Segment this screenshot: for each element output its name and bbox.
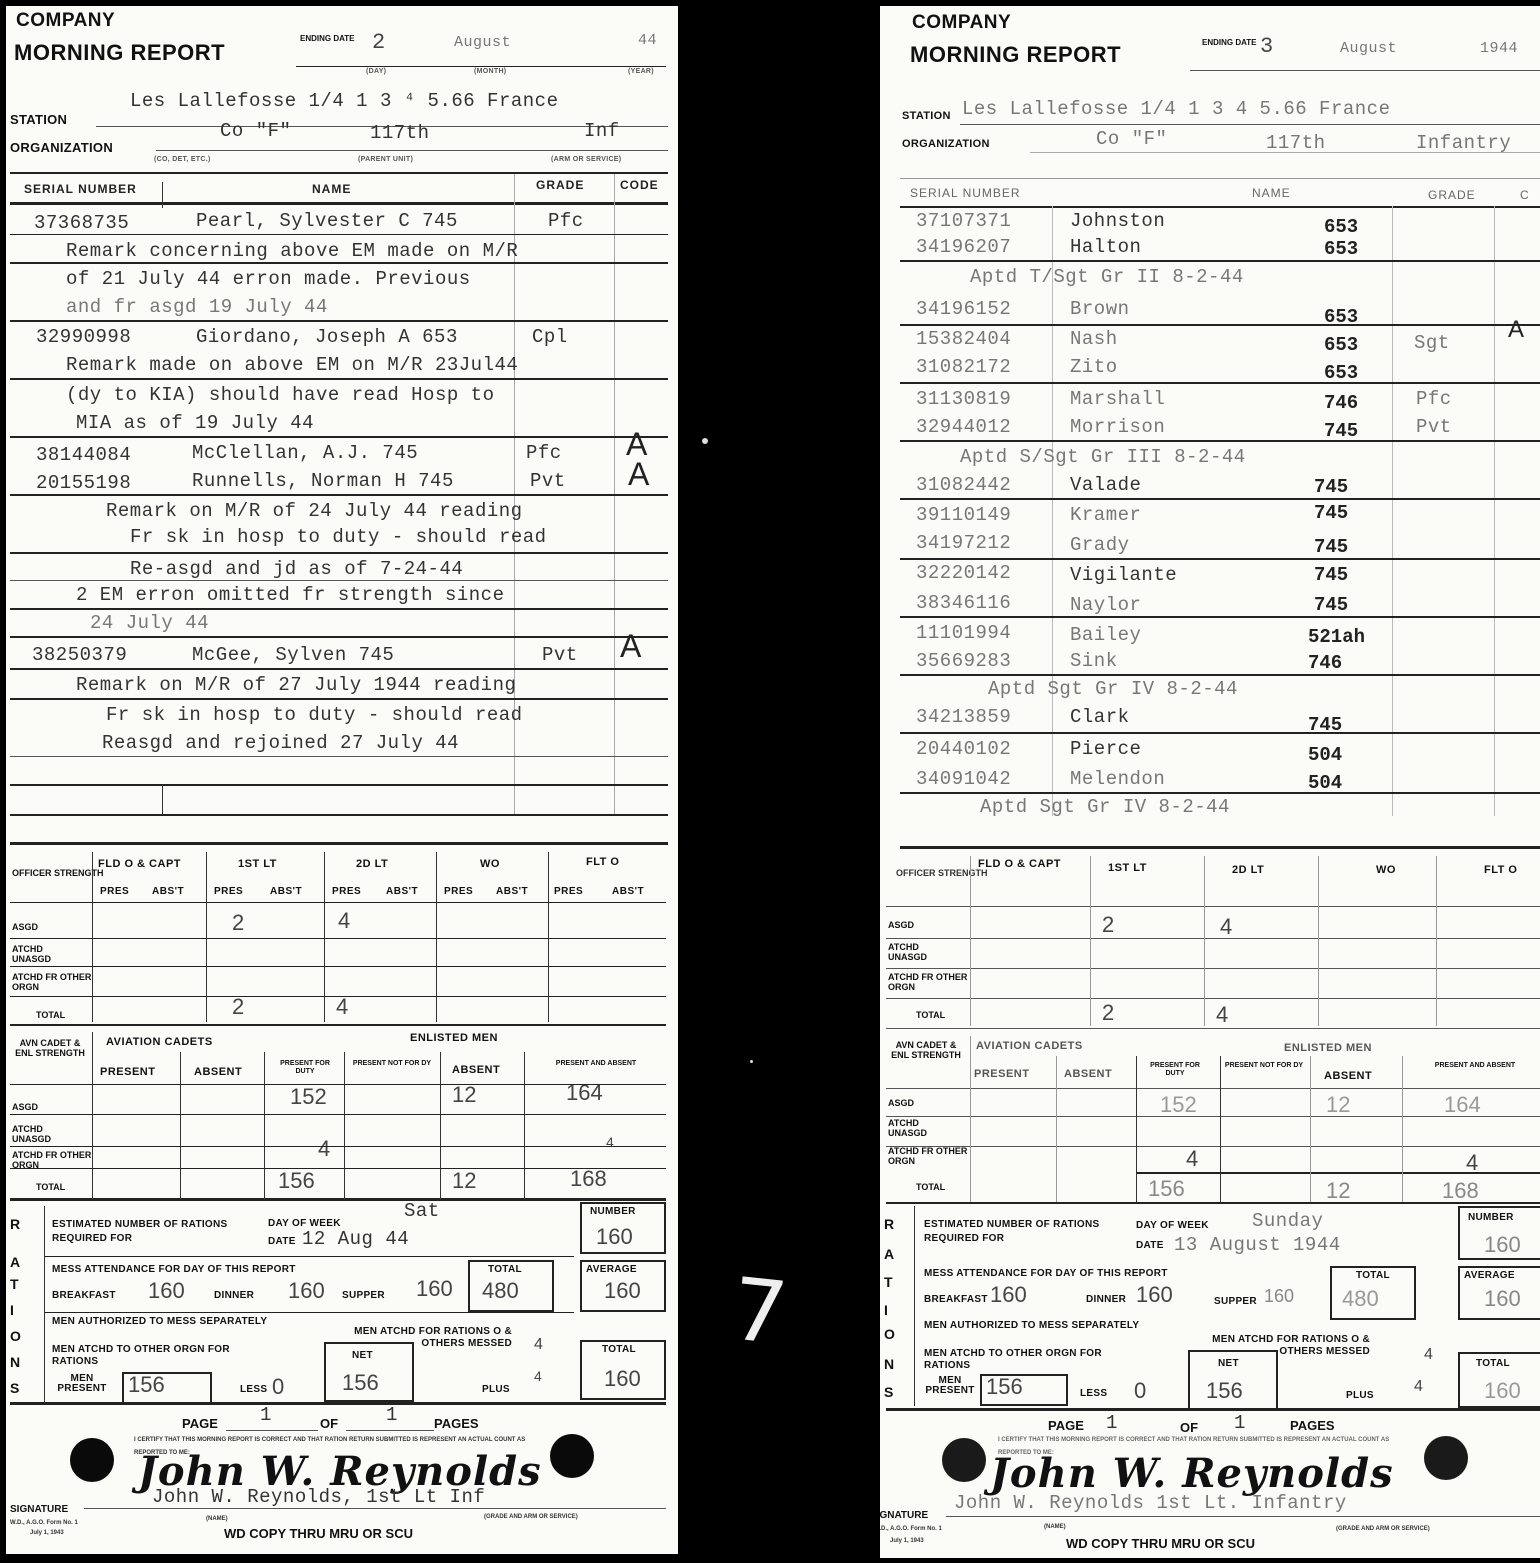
row-atchd-fr-other: ATCHD FR OTHER ORGN: [12, 972, 92, 992]
entry-mos: 521ah: [1308, 626, 1365, 648]
company-heading: COMPANY: [16, 10, 115, 32]
entry-mos: 653: [1324, 216, 1358, 238]
entry-remark: (dy to KIA) should have read Hosp to: [66, 384, 494, 406]
entry-name: Giordano, Joseph A 653: [196, 326, 458, 348]
entry-serial: 11101994: [916, 622, 1011, 644]
date-label: DATE: [1136, 1240, 1164, 1251]
asgd-present-for-duty: 152: [290, 1084, 327, 1110]
entry-remark: and fr asgd 19 July 44: [66, 296, 328, 318]
entry-name: Melendon: [1070, 768, 1165, 790]
of-label: OF: [1180, 1420, 1198, 1435]
row-total: TOTAL: [36, 1010, 65, 1020]
entry-serial: 20155198: [36, 472, 131, 494]
sub-abst: ABS'T: [612, 886, 644, 897]
supper-value: 160: [416, 1276, 453, 1302]
entry-serial: 34213859: [916, 706, 1011, 728]
entry-name: Vigilante: [1070, 564, 1177, 586]
total-present-and-absent: 168: [570, 1166, 607, 1192]
group-1st-lt: 1ST LT: [1108, 862, 1147, 874]
breakfast-label: BREAKFAST: [924, 1294, 988, 1305]
entry-grade: Pfc: [548, 210, 584, 232]
entry-remark: Aptd T/Sgt Gr II 8-2-44: [970, 266, 1244, 288]
organization-label: ORGANIZATION: [902, 138, 990, 150]
ending-date-label: ENDING DATE: [300, 34, 355, 43]
ending-date-label: ENDING DATE: [1202, 38, 1257, 47]
entry-name: Naylor: [1070, 594, 1141, 616]
entry-mos: 745: [1314, 564, 1348, 586]
entry-remark: of 21 July 44 erron made. Previous: [66, 268, 471, 290]
col-present: PRESENT: [974, 1068, 1029, 1080]
entry-name: Clark: [1070, 706, 1130, 728]
aviation-cadets-header: AVIATION CADETS: [976, 1040, 1083, 1052]
entry-grade: Pvt: [1416, 416, 1452, 438]
form-number: W.D., A.G.O. Form No. 1: [10, 1518, 78, 1528]
plus-label: PLUS: [482, 1384, 510, 1395]
pages-label: PAGES: [1290, 1418, 1335, 1433]
entry-serial: 15382404: [916, 328, 1011, 350]
serial-number-header: SERIAL NUMBER: [24, 182, 137, 196]
punch-hole: [1424, 1436, 1468, 1480]
total-present-for-duty: 156: [1148, 1176, 1185, 1202]
group-1st-lt: 1ST LT: [238, 858, 277, 870]
group-wo: WO: [480, 858, 500, 870]
day-sublabel: (DAY): [366, 68, 386, 75]
entry-name: Sink: [1070, 650, 1118, 672]
col-present-for-duty: PRESENT FOR DUTY: [1140, 1062, 1210, 1078]
day-of-week-label: DAY OF WEEK: [1136, 1220, 1209, 1231]
name-header: NAME: [1252, 186, 1291, 200]
dinner-label: DINNER: [1086, 1294, 1126, 1305]
name-header: NAME: [312, 182, 351, 196]
handwritten-signature: John W. Reynolds: [990, 1450, 1394, 1497]
entry-name: Johnston: [1070, 210, 1165, 232]
col-present-and-absent: PRESENT AND ABSENT: [1420, 1062, 1530, 1070]
entry-remark: MIA as of 19 July 44: [76, 412, 314, 434]
mess-total-value: 480: [482, 1278, 519, 1304]
ending-day: 2: [372, 30, 385, 55]
date-value: 12 Aug 44: [302, 1228, 409, 1250]
ending-year: 1944: [1480, 40, 1518, 57]
group-flt-o: FLT O: [586, 856, 619, 868]
co-det-sublabel: (CO, DET, ETC.): [154, 156, 211, 163]
plus-value: 4: [1414, 1378, 1423, 1396]
supper-label: SUPPER: [342, 1290, 385, 1301]
entry-mos: 745: [1314, 502, 1348, 524]
col-present: PRESENT: [100, 1066, 155, 1078]
punch-hole: [550, 1434, 594, 1478]
total-1st-lt-pres: 2: [232, 994, 244, 1020]
entry-mos: 745: [1314, 536, 1348, 558]
report-title: MORNING REPORT: [14, 40, 225, 66]
copy-note: WD COPY THRU MRU OR SCU: [1066, 1536, 1255, 1551]
sub-pres: PRES: [554, 886, 583, 897]
row-asgd: ASGD: [888, 920, 914, 930]
page-number: 1: [260, 1404, 272, 1426]
aviation-cadets-header: AVIATION CADETS: [106, 1036, 213, 1048]
entry-mos: 746: [1324, 392, 1358, 414]
station-value: Les Lallefosse 1/4 1 3 4 5.66 France: [962, 98, 1390, 120]
entry-grade: Pvt: [542, 644, 578, 666]
rations-total-label: TOTAL: [1476, 1358, 1510, 1369]
row-atchd-unasgd: ATCHD UNASGD: [12, 1124, 82, 1144]
officer-strength-label: OFFICER STRENGTH: [896, 868, 988, 878]
page-label: PAGE: [1048, 1418, 1084, 1433]
entry-remark: Remark concerning above EM made on M/R: [66, 240, 518, 262]
entry-name: Marshall: [1070, 388, 1165, 410]
entry-mos: 653: [1324, 362, 1358, 384]
number-label: NUMBER: [590, 1206, 636, 1217]
entry-mos: 745: [1314, 476, 1348, 498]
atchd-for-rations-value: 4: [534, 1336, 543, 1354]
copy-note: WD COPY THRU MRU OR SCU: [224, 1526, 413, 1541]
net-value: 156: [1206, 1378, 1243, 1404]
total-present-for-duty: 156: [278, 1168, 315, 1194]
row-atchd-fr-other: ATCHD FR OTHER ORGN: [888, 1146, 968, 1166]
organization-label: ORGANIZATION: [10, 140, 113, 155]
entry-name: Halton: [1070, 236, 1141, 258]
entry-serial: 32220142: [916, 562, 1011, 584]
film-frame-mark: 7: [727, 1259, 792, 1364]
org-parent-unit: 117th: [1266, 132, 1326, 154]
entry-remark: Remark made on above EM on M/R 23Jul44: [66, 354, 518, 376]
entry-name: McGee, Sylven 745: [192, 644, 394, 666]
entry-serial: 34196207: [916, 236, 1011, 258]
group-2d-lt: 2D LT: [1232, 864, 1264, 876]
entry-name: Nash: [1070, 328, 1118, 350]
plus-label: PLUS: [1346, 1390, 1374, 1401]
entry-name: Brown: [1070, 298, 1130, 320]
form-date: July 1, 1943: [30, 1530, 64, 1536]
group-2d-lt: 2D LT: [356, 858, 388, 870]
entry-remark: Re-asgd and jd as of 7-24-44: [130, 558, 463, 580]
entry-remark: Remark on M/R of 24 July 44 reading: [106, 500, 523, 522]
average-value: 160: [1484, 1286, 1521, 1312]
group-flt-o: FLT O: [1484, 864, 1517, 876]
org-company: Co "F": [220, 120, 291, 142]
day-of-week-value: Sunday: [1252, 1210, 1323, 1232]
entry-serial: 31082172: [916, 356, 1011, 378]
row-total: TOTAL: [36, 1182, 65, 1192]
entry-serial: 34091042: [916, 768, 1011, 790]
entry-name: Zito: [1070, 356, 1118, 378]
total-1st-lt-pres: 2: [1102, 1000, 1114, 1026]
entry-serial: 20440102: [916, 738, 1011, 760]
total-2d-lt-pres: 4: [1216, 1002, 1228, 1028]
men-present-label: MEN PRESENT: [52, 1374, 112, 1394]
asgd-2d-lt-pres: 4: [338, 908, 350, 934]
mess-separately-label: MEN AUTHORIZED TO MESS SEPARATELY: [924, 1320, 1144, 1332]
entry-mos: 745: [1314, 594, 1348, 616]
col-absent: ABSENT: [194, 1066, 242, 1078]
code-header: C: [1520, 188, 1530, 202]
entry-mos: 504: [1308, 772, 1342, 794]
men-present-value: 156: [128, 1372, 165, 1398]
serial-number-header: SERIAL NUMBER: [910, 186, 1021, 200]
breakfast-value: 160: [148, 1278, 185, 1304]
plus-value: 4: [534, 1368, 542, 1384]
col-em-absent: ABSENT: [1324, 1070, 1372, 1082]
supper-label: SUPPER: [1214, 1296, 1257, 1307]
men-present-label: MEN PRESENT: [920, 1376, 980, 1396]
entry-serial: 31082442: [916, 474, 1011, 496]
less-label: LESS: [1080, 1388, 1107, 1399]
grade-header: GRADE: [536, 178, 584, 192]
entry-grade: Sgt: [1414, 332, 1450, 354]
entry-remark: Fr sk in hosp to duty - should read: [106, 704, 523, 726]
row-atchd-fr-other: ATCHD FR OTHER ORGN: [888, 972, 968, 992]
atchd-present-for-duty: 4: [1186, 1146, 1198, 1172]
code-mark: A: [628, 456, 649, 493]
station-label: STATION: [10, 112, 67, 127]
asgd-absent: 12: [1326, 1092, 1350, 1118]
less-value: 0: [272, 1374, 284, 1400]
rations-total-value: 160: [1484, 1378, 1521, 1404]
entry-name: Pearl, Sylvester C 745: [196, 210, 458, 232]
row-atchd-unasgd: ATCHD UNASGD: [12, 944, 82, 964]
total-2d-lt-pres: 4: [336, 994, 348, 1020]
less-label: LESS: [240, 1384, 267, 1395]
entry-mos: 653: [1324, 238, 1358, 260]
supper-value: 160: [1264, 1286, 1294, 1307]
entry-name: Grady: [1070, 534, 1130, 556]
total-absent: 12: [452, 1168, 476, 1194]
code-header: CODE: [620, 178, 659, 192]
asgd-present-for-duty: 152: [1160, 1092, 1197, 1118]
org-company: Co "F": [1096, 128, 1167, 150]
page-total: 1: [386, 1404, 398, 1426]
entry-mos: 504: [1308, 744, 1342, 766]
org-arm: Infantry: [1416, 132, 1511, 154]
asgd-present-and-absent: 164: [1444, 1092, 1481, 1118]
entry-name: Pierce: [1070, 738, 1141, 760]
month-sublabel: (MONTH): [474, 68, 506, 75]
typed-signature-name: John W. Reynolds 1st Lt. Infantry: [954, 1492, 1347, 1514]
entry-serial: 38250379: [32, 644, 127, 666]
punch-hole: [70, 1438, 114, 1482]
average-label: AVERAGE: [586, 1264, 637, 1275]
sub-abst: ABS'T: [386, 886, 418, 897]
ending-day: 3: [1260, 34, 1273, 59]
enl-strength-label: AVN CADET & ENL STRENGTH: [886, 1040, 966, 1060]
mess-total-label: TOTAL: [1356, 1270, 1390, 1281]
col-present-for-duty: PRESENT FOR DUTY: [270, 1060, 340, 1076]
row-asgd: ASGD: [888, 1098, 914, 1108]
name-sublabel: (NAME): [1044, 1524, 1066, 1530]
less-value: 0: [1134, 1378, 1146, 1404]
row-total: TOTAL: [916, 1182, 945, 1192]
row-total: TOTAL: [916, 1010, 945, 1020]
morning-report-left: COMPANY MORNING REPORT ENDING DATE 2 Aug…: [6, 6, 678, 1554]
morning-report-right: COMPANY MORNING REPORT ENDING DATE 3 Aug…: [880, 6, 1540, 1558]
entry-remark: Remark on M/R of 27 July 1944 reading: [76, 674, 516, 696]
enlisted-men-header: ENLISTED MEN: [1284, 1042, 1372, 1054]
total-present-and-absent: 168: [1442, 1178, 1479, 1204]
entry-serial: 37107371: [916, 210, 1011, 232]
row-atchd-unasgd: ATCHD UNASGD: [888, 942, 958, 962]
atchd-other-orgn-label: MEN ATCHD TO OTHER ORGN FOR RATIONS: [924, 1348, 1144, 1372]
entry-grade: Pfc: [526, 442, 562, 464]
number-label: NUMBER: [1468, 1212, 1514, 1223]
asgd-1st-lt-pres: 2: [1102, 912, 1114, 938]
date-value: 13 August 1944: [1174, 1234, 1341, 1256]
entry-grade: Pfc: [1416, 388, 1452, 410]
atchd-other-orgn-label: MEN ATCHD TO OTHER ORGN FOR RATIONS: [52, 1344, 272, 1368]
entry-remark: Aptd S/Sgt Gr III 8-2-44: [960, 446, 1246, 468]
average-label: AVERAGE: [1464, 1270, 1515, 1281]
mess-attendance-label: MESS ATTENDANCE FOR DAY OF THIS REPORT: [924, 1268, 1168, 1279]
entry-remark: 2 EM erron omitted fr strength since: [76, 584, 504, 606]
row-asgd: ASGD: [12, 1102, 38, 1112]
sub-abst: ABS'T: [270, 886, 302, 897]
entry-serial: 35669283: [916, 650, 1011, 672]
ending-month: August: [454, 34, 511, 51]
enl-strength-label: AVN CADET & ENL STRENGTH: [10, 1038, 90, 1058]
sub-pres: PRES: [100, 886, 129, 897]
asgd-absent: 12: [452, 1082, 476, 1108]
net-label: NET: [1218, 1358, 1239, 1369]
entry-serial: 37368735: [34, 212, 129, 234]
ending-month: August: [1340, 40, 1397, 57]
entry-serial: 38144084: [36, 444, 131, 466]
company-heading: COMPANY: [912, 12, 1011, 34]
typed-signature-name: John W. Reynolds, 1st Lt Inf: [152, 1486, 485, 1508]
of-label: OF: [320, 1416, 338, 1431]
dinner-label: DINNER: [214, 1290, 254, 1301]
entry-serial: 34197212: [916, 532, 1011, 554]
asgd-1st-lt-pres: 2: [232, 910, 244, 936]
form-number: W.D., A.G.O. Form No. 1: [880, 1526, 942, 1532]
entry-remark: 24 July 44: [90, 612, 209, 634]
code-mark: A: [1508, 316, 1524, 344]
enlisted-men-header: ENLISTED MEN: [410, 1032, 498, 1044]
entry-serial: 34196152: [916, 298, 1011, 320]
mess-total-label: TOTAL: [488, 1264, 522, 1275]
officer-strength-label: OFFICER STRENGTH: [12, 868, 104, 878]
name-sublabel: (NAME): [206, 1516, 228, 1522]
signature-label: SIGNATURE: [10, 1504, 68, 1515]
entry-mos: 653: [1324, 334, 1358, 356]
day-of-week-value: Sat: [404, 1200, 440, 1222]
pages-label: PAGES: [434, 1416, 479, 1431]
col-em-absent: ABSENT: [452, 1064, 500, 1076]
rations-total-value: 160: [604, 1366, 641, 1392]
men-present-value: 156: [986, 1374, 1023, 1400]
page-number: 1: [1106, 1412, 1118, 1434]
form-date: July 1, 1943: [890, 1538, 924, 1544]
number-value: 160: [596, 1224, 633, 1250]
dinner-value: 160: [1136, 1282, 1173, 1308]
grade-sublabel: (GRADE AND ARM OR SERVICE): [1336, 1526, 1430, 1532]
entry-remark: Reasgd and rejoined 27 July 44: [102, 732, 459, 754]
estimated-rations-label: ESTIMATED NUMBER OF RATIONS REQUIRED FOR: [52, 1218, 232, 1246]
mess-total-value: 480: [1342, 1286, 1379, 1312]
page-label: PAGE: [182, 1416, 218, 1431]
signature-label: SIGNATURE: [880, 1510, 928, 1521]
entry-remark: Fr sk in hosp to duty - should read: [130, 526, 547, 548]
group-fld-o-capt: FLD O & CAPT: [978, 858, 1061, 870]
parent-unit-sublabel: (PARENT UNIT): [358, 156, 413, 163]
net-label: NET: [352, 1350, 373, 1361]
col-absent: ABSENT: [1064, 1068, 1112, 1080]
sub-pres: PRES: [444, 886, 473, 897]
entry-name: Kramer: [1070, 504, 1141, 526]
entry-serial: 31130819: [916, 388, 1011, 410]
estimated-rations-label: ESTIMATED NUMBER OF RATIONS REQUIRED FOR: [924, 1218, 1104, 1246]
row-atchd-unasgd: ATCHD UNASGD: [888, 1118, 958, 1138]
group-fld-o-capt: FLD O & CAPT: [98, 858, 181, 870]
grade-sublabel: (GRADE AND ARM OR SERVICE): [484, 1514, 578, 1520]
ending-year: 44: [638, 32, 657, 49]
col-present-and-absent: PRESENT AND ABSENT: [546, 1060, 646, 1068]
entry-name: McClellan, A.J. 745: [192, 442, 418, 464]
total-absent: 12: [1326, 1178, 1350, 1204]
group-wo: WO: [1376, 864, 1396, 876]
entry-name: Runnells, Norman H 745: [192, 470, 454, 492]
rations-total-label: TOTAL: [602, 1344, 636, 1355]
entry-name: Valade: [1070, 474, 1141, 496]
entry-mos: 746: [1308, 652, 1342, 674]
sub-pres: PRES: [214, 886, 243, 897]
punch-hole: [942, 1438, 986, 1482]
report-title: MORNING REPORT: [910, 42, 1121, 68]
arm-service-sublabel: (ARM OR SERVICE): [551, 156, 621, 163]
sub-pres: PRES: [332, 886, 361, 897]
asgd-2d-lt-pres: 4: [1220, 914, 1232, 940]
entry-remark: Aptd Sgt Gr IV 8-2-44: [980, 796, 1230, 818]
code-mark: A: [620, 628, 641, 665]
number-value: 160: [1484, 1232, 1521, 1258]
mess-attendance-label: MESS ATTENDANCE FOR DAY OF THIS REPORT: [52, 1264, 296, 1275]
mess-separately-label: MEN AUTHORIZED TO MESS SEPARATELY: [52, 1316, 272, 1328]
atchd-present-for-duty: 4: [318, 1136, 330, 1162]
entry-serial: 32944012: [916, 416, 1011, 438]
average-value: 160: [604, 1278, 641, 1304]
atchd-present-and-absent: 4: [606, 1134, 614, 1150]
breakfast-value: 160: [990, 1282, 1027, 1308]
entry-serial: 38346116: [916, 592, 1011, 614]
col-present-not-for-dy: PRESENT NOT FOR DY: [1222, 1062, 1306, 1070]
station-value: Les Lallefosse 1/4 1 3 ⁴ 5.66 France: [130, 90, 558, 112]
dinner-value: 160: [288, 1278, 325, 1304]
entry-mos: 745: [1324, 420, 1358, 442]
entry-name: Bailey: [1070, 624, 1141, 646]
col-present-not-for-dy: PRESENT NOT FOR DY: [350, 1060, 434, 1068]
net-value: 156: [342, 1370, 379, 1396]
entry-grade: Cpl: [532, 326, 568, 348]
page-total: 1: [1234, 1412, 1246, 1434]
org-arm: Inf: [584, 120, 620, 142]
org-parent-unit: 117th: [370, 122, 430, 144]
entry-serial: 39110149: [916, 504, 1011, 526]
atchd-for-rations-value: 4: [1424, 1346, 1433, 1364]
station-label: STATION: [902, 110, 951, 122]
grade-header: GRADE: [1428, 188, 1476, 202]
row-atchd-fr-other: ATCHD FR OTHER ORGN: [12, 1150, 92, 1170]
sub-abst: ABS'T: [496, 886, 528, 897]
entry-remark: Aptd Sgt Gr IV 8-2-44: [988, 678, 1238, 700]
sub-abst: ABS'T: [152, 886, 184, 897]
entry-name: Morrison: [1070, 416, 1165, 438]
entry-serial: 32990998: [36, 326, 131, 348]
breakfast-label: BREAKFAST: [52, 1290, 116, 1301]
entry-grade: Pvt: [530, 470, 566, 492]
date-label: DATE: [268, 1236, 296, 1247]
year-sublabel: (YEAR): [628, 68, 654, 75]
row-asgd: ASGD: [12, 922, 38, 932]
